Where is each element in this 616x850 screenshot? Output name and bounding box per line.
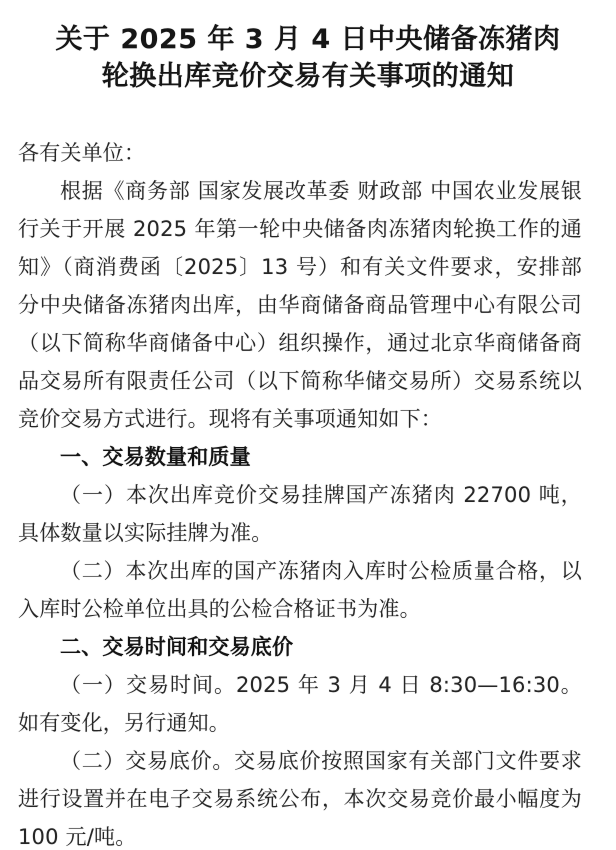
paragraph-quality: （二）本次出库的国产冻猪肉入库时公检质量合格，以入库时公检单位出具的公检合格证书… (18, 552, 582, 628)
document-title-line-2: 轮换出库竞价交易有关事项的通知 (30, 58, 586, 95)
paragraph-trade-time: （一）交易时间。2025 年 3 月 4 日 8:30—16:30。如有变化，另… (18, 666, 582, 742)
document-title: 关于 2025 年 3 月 4 日中央储备冻猪肉 轮换出库竞价交易有关事项的通知 (0, 0, 616, 95)
section-heading-time-price: 二、交易时间和交易底价 (18, 628, 582, 666)
notice-document-page: 关于 2025 年 3 月 4 日中央储备冻猪肉 轮换出库竞价交易有关事项的通知… (0, 0, 616, 850)
paragraph-floor-price: （二）交易底价。交易底价按照国家有关部门文件要求进行设置并在电子交易系统公布，本… (18, 742, 582, 850)
paragraph-quantity: （一）本次出库竞价交易挂牌国产冻猪肉 22700 吨，具体数量以实际挂牌为准。 (18, 476, 582, 552)
paragraph-intro: 根据《商务部 国家发展改革委 财政部 中国农业发展银行关于开展 2025 年第一… (18, 172, 582, 438)
document-body: 各有关单位： 根据《商务部 国家发展改革委 财政部 中国农业发展银行关于开展 2… (18, 134, 582, 850)
section-heading-quantity-quality: 一、交易数量和质量 (18, 438, 582, 476)
salutation: 各有关单位： (18, 134, 582, 172)
document-title-line-1: 关于 2025 年 3 月 4 日中央储备冻猪肉 (30, 21, 586, 58)
